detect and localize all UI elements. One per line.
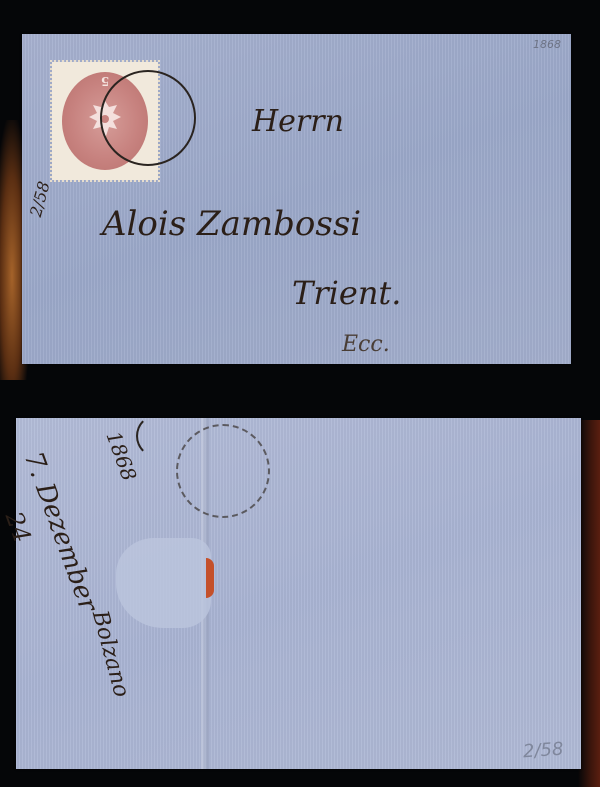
pencil-year-note: 1868 — [533, 38, 561, 51]
partial-circle-mark — [136, 414, 180, 458]
address-line-salutation: Herrn — [252, 104, 344, 139]
light-flare-right — [578, 420, 600, 787]
backstamp — [176, 424, 270, 518]
postmark-cancel — [100, 70, 196, 166]
cover-back: 1868 7. Dezember 24 Bolzano 2/58 — [16, 418, 581, 769]
rate-note: 2/58 — [26, 179, 54, 219]
back-day-number: 24 — [0, 508, 36, 546]
back-place-name: Bolzano — [87, 608, 134, 700]
cover-front: 1868 5 2/58 Herrn Alois Zambossi Trient.… — [22, 34, 571, 364]
torn-seal-area — [116, 538, 211, 628]
address-line-suffix: Ecc. — [342, 332, 390, 357]
pencil-back-note: 2/58 — [522, 739, 564, 763]
wax-seal — [206, 558, 214, 598]
address-line-name: Alois Zambossi — [102, 204, 361, 244]
address-line-city: Trient. — [292, 274, 401, 312]
